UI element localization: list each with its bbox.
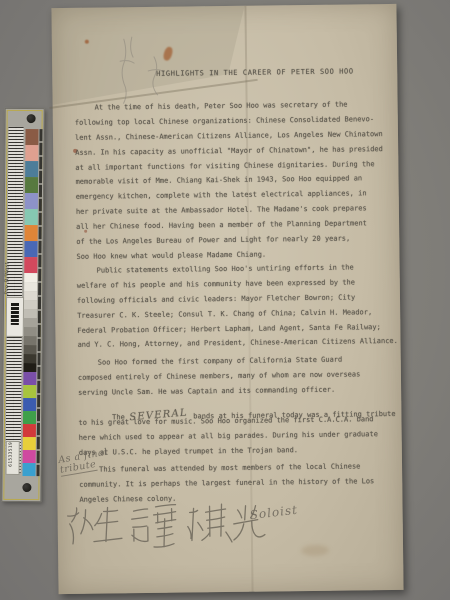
- color-patch: [24, 241, 37, 257]
- color-patch: [23, 385, 36, 398]
- color-patch: [23, 398, 36, 411]
- top-color-patches: [24, 129, 38, 273]
- color-patch: [25, 193, 38, 209]
- paragraph-4: TheSEVERALbands at his funeral today was…: [78, 400, 395, 463]
- typed-line: days at U.S.C. he played trumpet in the …: [79, 445, 395, 464]
- color-patch: [24, 300, 37, 309]
- id-number-label: 61533519: [6, 441, 20, 475]
- color-patch: [23, 372, 36, 385]
- color-patch: [23, 424, 36, 437]
- color-patch: [23, 463, 36, 476]
- registration-dot-bottom: [22, 483, 31, 492]
- paragraph-1: At the time of his death, Peter Soo Hoo …: [75, 100, 393, 268]
- strip-brand-text: Pro B/West: [4, 239, 14, 295]
- color-patch: [25, 225, 38, 241]
- color-patch: [24, 257, 37, 273]
- dark-gray-steps: [23, 318, 36, 372]
- light-gray-steps: [24, 273, 37, 318]
- color-patch: [24, 318, 37, 327]
- color-patch: [24, 291, 37, 300]
- color-patch: [24, 282, 37, 291]
- document-page: HIGHLIGHTS IN THE CAREER OF PETER SOO HO…: [51, 4, 403, 594]
- color-patch: [25, 145, 38, 161]
- color-patch: [24, 345, 37, 354]
- color-patch: [23, 437, 36, 450]
- color-patch: [24, 273, 37, 282]
- color-patch: [24, 336, 37, 345]
- color-patch: [23, 363, 36, 372]
- scanned-document-photo: Pro B/West 61533519 HIGHLIGHTS IN THE CA…: [0, 0, 450, 600]
- color-patch: [25, 177, 38, 193]
- color-patch: [23, 450, 36, 463]
- paragraph-4-rest: to his great love for music. Soo Hoo org…: [78, 415, 395, 464]
- color-patch: [25, 129, 38, 145]
- barcode-label: [6, 297, 24, 337]
- paragraph-3: Soo Hoo formed the first company of Cali…: [78, 355, 395, 404]
- typed-line: and Y. C. Hong, Attorney, and President,…: [78, 337, 394, 356]
- barcode-icon: [11, 303, 19, 325]
- paragraph-2: Public statements extolling Soo Hoo's un…: [77, 263, 394, 356]
- color-patch: [23, 354, 36, 363]
- document-title: HIGHLIGHTS IN THE CAREER OF PETER SOO HO…: [156, 67, 353, 77]
- color-patch: [24, 327, 37, 336]
- color-patch: [25, 161, 38, 177]
- color-patch: [25, 209, 38, 225]
- registration-dot-top: [27, 114, 36, 123]
- id-number-text: 61533519: [9, 442, 14, 467]
- color-patch: [24, 309, 37, 318]
- rust-stain: [85, 40, 89, 44]
- bottom-color-patches: [23, 372, 37, 476]
- color-patch: [23, 411, 36, 424]
- color-calibration-strip: Pro B/West 61533519: [1, 108, 44, 502]
